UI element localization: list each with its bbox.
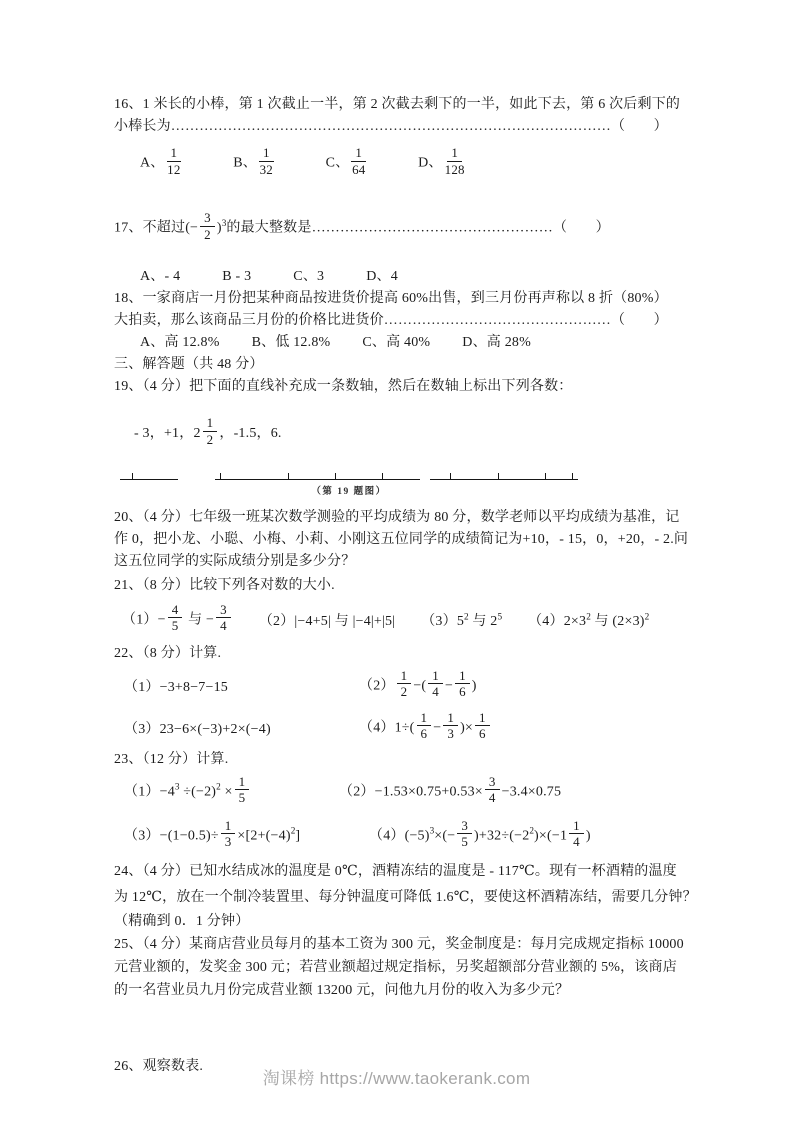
q16-options: A、112 B、132 C、164 D、1128 bbox=[140, 140, 692, 186]
number-line-segment bbox=[215, 479, 420, 481]
q24-line-2: 为 12℃，放在一个制冷装置里、每分钟温度可降低 1.6℃，要使这杯酒精冻结，需… bbox=[114, 885, 692, 911]
q24-line-1: 24、（4 分）已知水结成冰的温度是 0℃，酒精冻结的温度是 - 117℃。现有… bbox=[114, 859, 692, 885]
q20-line-2: 作 0，把小龙、小聪、小梅、小莉、小刚这五位同学的成绩简记为+10，- 15，0… bbox=[114, 529, 692, 551]
number-line-segment bbox=[120, 479, 178, 481]
q16-option-b: B、132 bbox=[233, 148, 275, 178]
fraction: 32 bbox=[200, 211, 215, 241]
fraction: 14 bbox=[428, 669, 443, 699]
q20-line-3: 这五位同学的实际成绩分别是多少分？ bbox=[114, 551, 692, 573]
q16-option-d: D、1128 bbox=[418, 148, 467, 178]
q23-row-1: （1）−43 ÷(−2)2 ×15 （2）−1.53×0.75+0.53×34−… bbox=[124, 771, 692, 813]
q18-option-a: A、高 12.8% bbox=[140, 332, 220, 354]
section-3-header: 三、解答题（共 48 分） bbox=[114, 354, 692, 376]
q23-item-2: （2）−1.53×0.75+0.53×34−3.4×0.75 bbox=[339, 777, 561, 807]
fraction: 12 bbox=[203, 416, 218, 446]
q18-option-b: B、低 12.8% bbox=[252, 332, 331, 354]
q19-numbers: - 3，+1，212，-1.5，6. bbox=[134, 412, 692, 456]
q22-item-4: （4）1÷(16−13)×16 bbox=[359, 713, 492, 743]
fraction: 35 bbox=[457, 819, 472, 849]
q22-item-2: （2）12−(14−16) bbox=[359, 671, 477, 701]
fraction: 16 bbox=[455, 669, 470, 699]
q16-option-a: A、112 bbox=[140, 148, 183, 178]
q18-option-d: D、高 28% bbox=[462, 332, 531, 354]
q22-row-1: （1）−3+8−7−15 （2）12−(14−16) bbox=[124, 665, 692, 707]
q25-line-2: 元营业额的，发奖金 300 元；若营业额超过规定指标，另奖超额部分营业额的 5%… bbox=[114, 956, 692, 979]
q19-figure-caption: （第 19 题图） bbox=[120, 485, 578, 499]
number-line-tick bbox=[572, 473, 573, 480]
exam-content: 16、1 米长的小棒，第 1 次截止一半，第 2 次截去剩下的一半，如此下去，第… bbox=[114, 94, 692, 1078]
q23-item-3: （3）−(1−0.5)÷13×[2+(−4)2] bbox=[124, 821, 369, 851]
q17-option-a: A、- 4 bbox=[140, 266, 180, 288]
number-line-tick bbox=[450, 473, 451, 480]
fraction: 164 bbox=[351, 146, 366, 176]
fraction: 112 bbox=[167, 146, 182, 176]
q21-line: 21、（8 分）比较下列各对数的大小. bbox=[114, 575, 692, 597]
q23-item-4: （4）(−5)3×(−35)+32÷(−22)×(−114) bbox=[369, 821, 591, 851]
q22-line: 22、（8 分）计算. bbox=[114, 643, 692, 665]
fraction: 34 bbox=[485, 775, 500, 805]
number-line-tick bbox=[335, 473, 336, 480]
number-line bbox=[120, 470, 578, 482]
q22-item-1: （1）−3+8−7−15 bbox=[124, 676, 359, 696]
number-line-tick bbox=[132, 473, 133, 480]
q19-line: 19、（4 分）把下面的直线补充成一条数轴，然后在数轴上标出下列各数： bbox=[114, 376, 692, 398]
fraction: 34 bbox=[216, 603, 231, 633]
fraction: 13 bbox=[443, 711, 458, 741]
number-line-tick bbox=[545, 473, 546, 480]
q17-options: A、- 4 B - 3 C、3 D、4 bbox=[140, 266, 692, 288]
number-line-tick bbox=[288, 473, 289, 480]
fraction: 16 bbox=[475, 711, 490, 741]
q23-row-2: （3）−(1−0.5)÷13×[2+(−4)2] （4）(−5)3×(−35)+… bbox=[124, 813, 692, 859]
q21-item-3: （3）52 与 25 bbox=[421, 610, 502, 630]
q16-line-1: 16、1 米长的小棒，第 1 次截止一半，第 2 次截去剩下的一半，如此下去，第… bbox=[114, 94, 692, 116]
q16-line-2: 小棒长为…………………………………………………………………………………（ ） bbox=[114, 116, 692, 138]
q21-item-1: （1）−45 与 −34 bbox=[122, 605, 233, 635]
q21-item-2: （2）|−4+5| 与 |−4|+|5| bbox=[259, 610, 395, 630]
q17-option-b: B - 3 bbox=[222, 266, 251, 288]
fraction: 45 bbox=[168, 603, 183, 633]
fraction: 14 bbox=[569, 819, 584, 849]
q17-option-c: C、3 bbox=[293, 266, 324, 288]
number-line-tick bbox=[220, 473, 221, 480]
number-line-tick bbox=[498, 473, 499, 480]
exam-page: 16、1 米长的小棒，第 1 次截止一半，第 2 次截去剩下的一半，如此下去，第… bbox=[0, 0, 793, 1122]
fraction: 12 bbox=[397, 669, 412, 699]
number-line-tick bbox=[382, 473, 383, 480]
q23-line: 23、（12 分）计算. bbox=[114, 749, 692, 771]
q18-option-c: C、高 40% bbox=[362, 332, 430, 354]
fraction: 132 bbox=[259, 146, 274, 176]
footer-watermark: 淘课榜 https://www.taokerank.com bbox=[0, 1064, 793, 1089]
q20-line-1: 20、（4 分）七年级一班某次数学测验的平均成绩为 80 分，数学老师以平均成绩… bbox=[114, 507, 692, 529]
q21-items: （1）−45 与 −34 （2）|−4+5| 与 |−4|+|5| （3）52 … bbox=[122, 597, 692, 643]
fraction: 13 bbox=[221, 819, 236, 849]
q25-line-1: 25、（4 分）某商店营业员每月的基本工资为 300 元，奖金制度是：每月完成规… bbox=[114, 933, 692, 956]
q18-line-1: 18、一家商店一月份把某种商品按进货价提高 60%出售，到三月份再声称以 8 折… bbox=[114, 288, 692, 310]
q22-item-3: （3）23−6×(−3)+2×(−4) bbox=[124, 718, 359, 738]
number-line-segment bbox=[430, 479, 578, 481]
q17-line: 17、不超过(−32)3的最大整数是……………………………………………（ ） bbox=[114, 200, 692, 252]
q24-line-3: （精确到 0．1 分钟） bbox=[114, 911, 692, 933]
fraction: 15 bbox=[235, 775, 250, 805]
q21-item-4: （4）2×32 与 (2×3)2 bbox=[528, 610, 649, 630]
q16-option-c: C、164 bbox=[326, 148, 368, 178]
q18-options: A、高 12.8% B、低 12.8% C、高 40% D、高 28% bbox=[140, 332, 692, 354]
fraction: 1128 bbox=[445, 146, 465, 176]
q22-row-2: （3）23−6×(−3)+2×(−4) （4）1÷(16−13)×16 bbox=[124, 707, 692, 749]
q18-line-2: 大拍卖，那么该商品三月份的价格比进货价…………………………………………（ ） bbox=[114, 310, 692, 332]
fraction: 16 bbox=[417, 711, 432, 741]
q17-option-d: D、4 bbox=[366, 266, 398, 288]
q23-item-1: （1）−43 ÷(−2)2 ×15 bbox=[124, 777, 339, 807]
q25-line-3: 的一名营业员九月份完成营业额 13200 元，问他九月份的收入为多少元？ bbox=[114, 979, 692, 1002]
